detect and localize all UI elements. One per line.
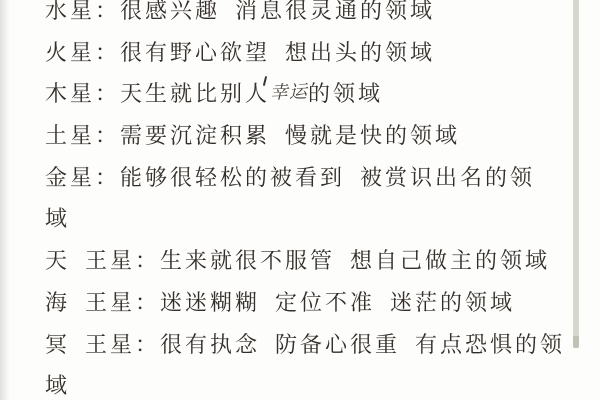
scrollbar-thumb-end	[573, 336, 579, 348]
scrollbar[interactable]	[573, 0, 579, 348]
line-uranus: 天 王星：生来就很不服管 想自己做主的领域	[45, 241, 580, 283]
line-neptune: 海 王星：迷迷糊糊 定位不准 迷茫的领域	[45, 283, 580, 325]
line-mercury-text: 水星：很感兴趣 消息很灵通的领域	[45, 0, 435, 24]
line-mercury: 水星：很感兴趣 消息很灵通的领域	[45, 0, 580, 33]
line-jupiter-prefix: 木星：天生就比别人	[45, 82, 270, 107]
handwritten-annotation: 幸运	[269, 72, 308, 115]
line-neptune-text: 海 王星：迷迷糊糊 定位不准 迷茫的领域	[45, 291, 515, 316]
line-mars: 火星：很有野心欲望 想出头的领域	[45, 33, 580, 75]
text-content: 水星：很感兴趣 消息很灵通的领域 火星：很有野心欲望 想出头的领域 木星：天生就…	[45, 0, 580, 400]
line-venus-wrap-text: 域	[45, 207, 70, 232]
line-jupiter-suffix: 的领域	[308, 82, 383, 107]
line-pluto: 冥 王星：很有执念 防备心很重 有点恐惧的领	[45, 325, 580, 367]
line-jupiter: 木星：天生就比别人幸运的领域	[45, 74, 580, 116]
line-venus-text: 金星：能够很轻松的被看到 被赏识出名的领	[45, 166, 535, 191]
page-edge-shadow	[0, 0, 10, 400]
line-pluto-text: 冥 王星：很有执念 防备心很重 有点恐惧的领	[45, 333, 565, 358]
line-pluto-wrap: 域	[45, 366, 580, 400]
line-venus-wrap: 域	[45, 199, 580, 241]
line-venus: 金星：能够很轻松的被看到 被赏识出名的领	[45, 158, 580, 200]
document-page: 水星：很感兴趣 消息很灵通的领域 火星：很有野心欲望 想出头的领域 木星：天生就…	[0, 0, 600, 400]
line-saturn-text: 土星：需要沉淀积累 慢就是快的领域	[45, 124, 460, 149]
line-saturn: 土星：需要沉淀积累 慢就是快的领域	[45, 116, 580, 158]
line-pluto-wrap-text: 域	[45, 374, 70, 399]
line-uranus-text: 天 王星：生来就很不服管 想自己做主的领域	[45, 249, 550, 274]
line-mars-text: 火星：很有野心欲望 想出头的领域	[45, 41, 435, 66]
